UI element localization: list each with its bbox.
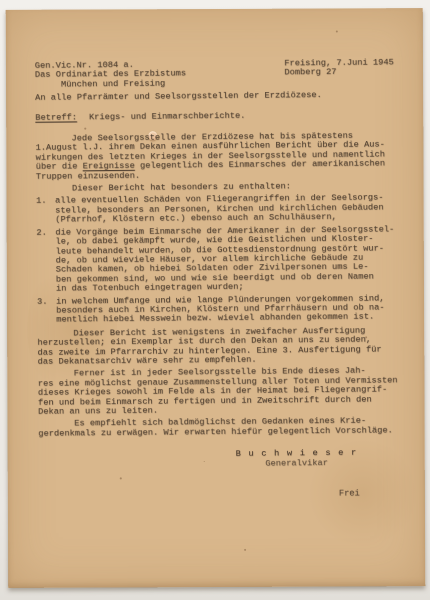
list-item-3: 3. in welchem Umfange und wie lange Plün… — [37, 294, 406, 326]
list-item-text: die Vorgänge beim Einmarsche der Amerika… — [55, 225, 406, 294]
date-block: Freising, 7.Juni 1945 Domberg 27 — [284, 58, 394, 87]
bottom-note: Frei — [339, 488, 360, 498]
paragraph-2: Dieser Bericht ist wenigstens in zweifac… — [37, 326, 406, 367]
list-item-text: in welchem Umfange und wie lange Plünder… — [56, 294, 406, 326]
letter-header: Gen.Vic.Nr. 1084 a. Das Ordinariat des E… — [35, 58, 404, 90]
signature-block: B u c h w i e s e r Generalvikar — [221, 449, 371, 470]
paragraph-3: Ferner ist in jeder Seelsorgsstelle bis … — [38, 367, 407, 418]
letter-content: Gen.Vic.Nr. 1084 a. Das Ordinariat des E… — [4, 7, 427, 589]
paragraph-4: Es empfiehlt sich baldmöglichst den Geda… — [38, 417, 407, 439]
sender-city: München und Freising — [35, 79, 186, 90]
list-item-1: 1. alle eventuellen Schäden von Fliegera… — [36, 194, 405, 226]
sender-block: Gen.Vic.Nr. 1084 a. Das Ordinariat des E… — [35, 60, 186, 90]
paragraph-1: Jede Seelsorgsstelle der Erzdiözese hat … — [35, 131, 404, 182]
list-item-number: 1. — [36, 197, 55, 225]
list-item-2: 2. die Vorgänge beim Einmarsche der Amer… — [36, 225, 406, 294]
recipient-line: An alle Pfarrämter und Seelsorgsstellen … — [35, 90, 404, 103]
subject-row: Betreff:Kriegs- und Einmarschberichte. — [35, 110, 404, 123]
subject-label: Betreff: — [35, 112, 77, 122]
list-item-number: 2. — [36, 228, 56, 294]
list-item-number: 3. — [37, 297, 56, 325]
signature-title: Generalvikar — [222, 459, 372, 470]
subject-text: Kriegs- und Einmarschberichte. — [89, 110, 245, 122]
document-page: Gen.Vic.Nr. 1084 a. Das Ordinariat des E… — [6, 8, 426, 588]
scan-background: Gen.Vic.Nr. 1084 a. Das Ordinariat des E… — [0, 0, 430, 600]
sender-address: Domberg 27 — [284, 68, 394, 78]
list-item-text: alle eventuellen Schäden von Fliegerangr… — [55, 194, 405, 226]
